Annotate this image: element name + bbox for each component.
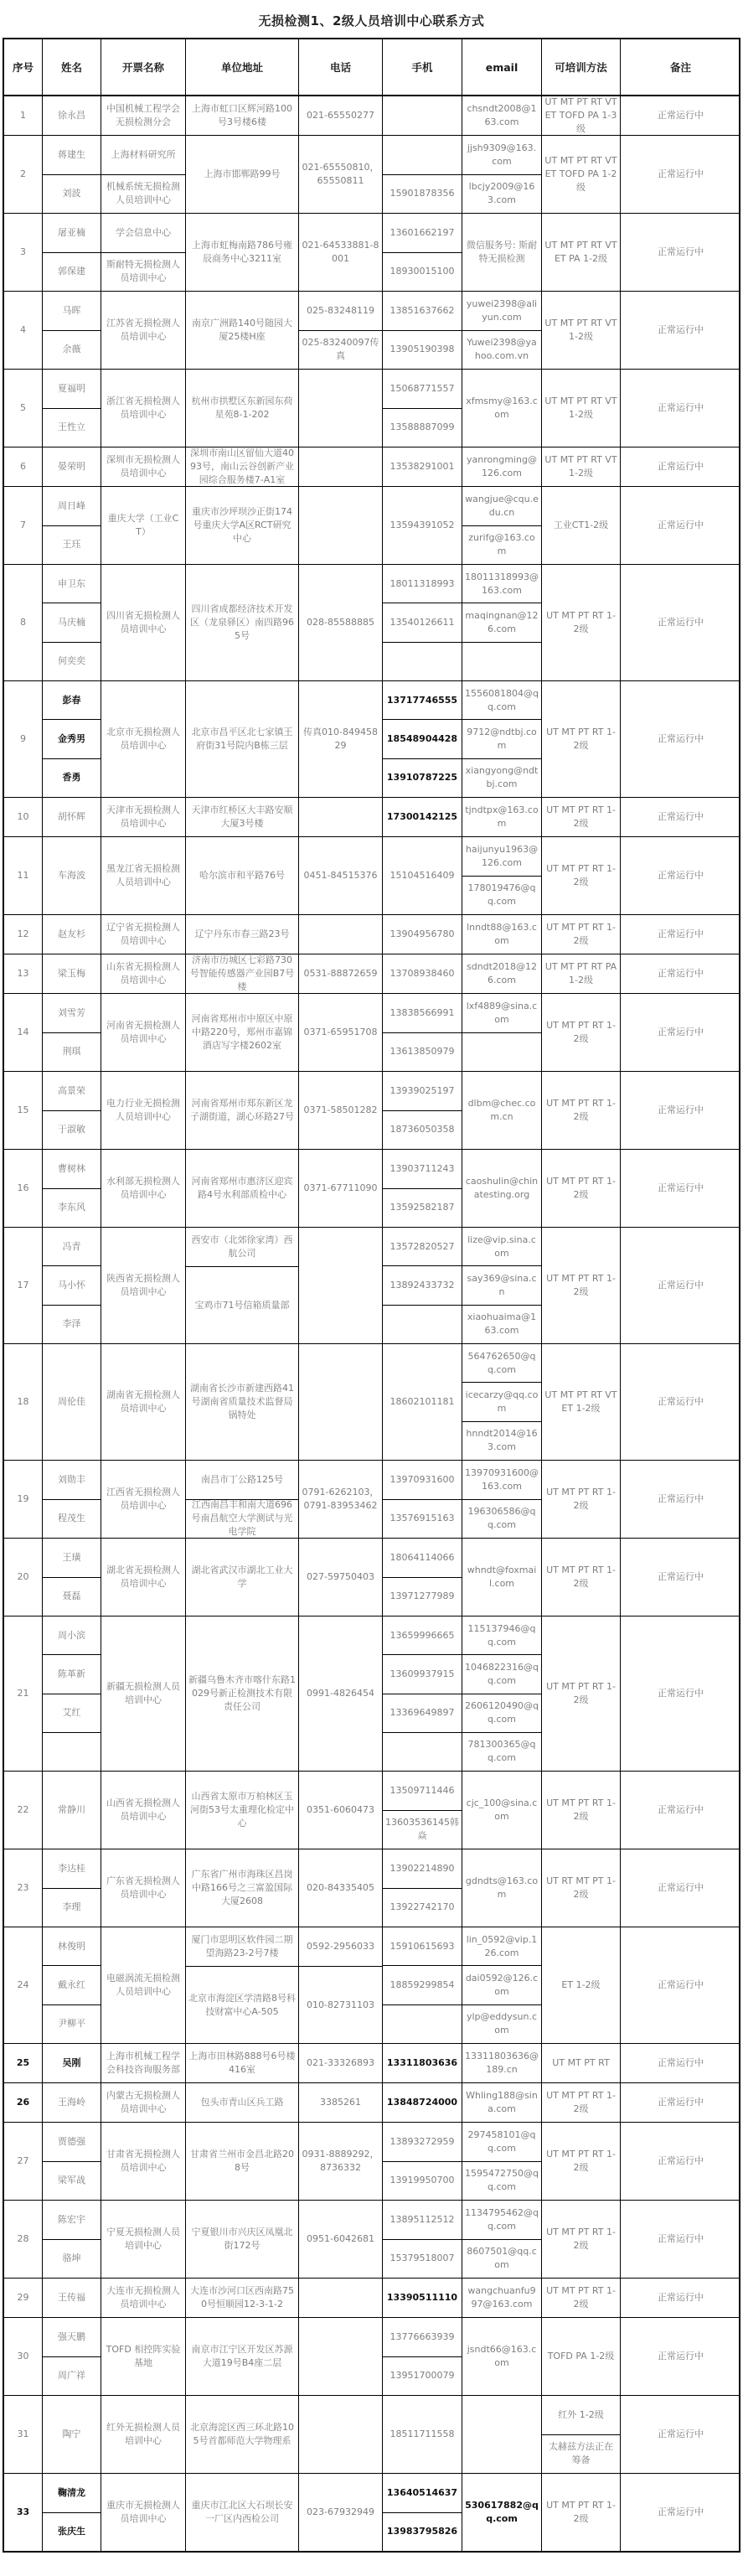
cell-stack-addr: 河南省郑州市中原区中原中路220号，郑州市嘉锦酒店写字楼2602室: [186, 994, 299, 1071]
cell-stack-name: 王璜聂磊: [43, 1539, 101, 1616]
cell-name: 程茂生: [43, 1500, 101, 1539]
cell-stack-name: 胡怀辉: [43, 798, 101, 836]
cell-stack-method: UT MT PT RT 1-2级: [542, 565, 621, 680]
cell-stack-org: 电磁涡流无损检测人员培训中心: [101, 1927, 186, 2043]
cell-name: 王珏: [43, 526, 101, 565]
cell-tel: [299, 370, 382, 447]
cell-tel: 0592-2956033: [299, 1927, 382, 1967]
cell-name: 李泽: [43, 1306, 101, 1343]
cell-stack-no: 3: [4, 214, 43, 291]
table-row: 2蒋建生刘波上海材料研究所机械系统无损检测人员培训中心上海市邯郸路99号021-…: [4, 136, 739, 214]
cell-stack-note: 正常运行中: [621, 214, 740, 291]
cell-name: 鞠清龙: [43, 2474, 101, 2513]
cell-email: 196306586@qq.com: [462, 1500, 541, 1539]
cell-stack-method: UT MT PT RT VT ET TOFD PA 1-2级: [542, 136, 621, 213]
cell-stack-note: 正常运行中: [621, 994, 740, 1071]
cell-email: yanrongming@126.com: [462, 447, 541, 486]
cell-note: 正常运行中: [621, 214, 740, 291]
table-row: 22常静川山西省无损检测人员培训中心山西省太原市万柏林区玉河街53号太重理化检定…: [4, 1772, 739, 1849]
cell-mobile: 18011318993: [383, 565, 462, 603]
cell-stack-mobile: 1350971144613603536145韩焱: [383, 1772, 462, 1849]
cell-mobile: 13613850979: [383, 1033, 462, 1072]
cell-note: 正常运行中: [621, 954, 740, 993]
cell-name: 屠亚楠: [43, 214, 101, 253]
cell-stack-org: 天津市无损检测人员培训中心: [101, 798, 186, 836]
cell-tel: 028-85588885: [299, 565, 382, 680]
cell-addr: 上海市田林路888号6号楼416室: [186, 2044, 298, 2082]
cell-method: UT MT PT RT 1-2级: [542, 1539, 620, 1616]
cell-stack-no: 31: [4, 2396, 43, 2473]
cell-name: 高景荣: [43, 1072, 101, 1111]
cell-mobile: 13848724000: [383, 2083, 462, 2122]
cell-addr: 南京广洲路140号随园大厦25楼H座: [186, 292, 298, 369]
cell-stack-name: 陈宏宇骆坤: [43, 2201, 101, 2278]
cell-stack-name: 王海岭: [43, 2083, 101, 2122]
cell-mobile: [383, 2005, 462, 2043]
cell-stack-no: 29: [4, 2279, 43, 2317]
cell-email: 1134795462@qq.com: [462, 2201, 541, 2240]
cell-email: lin_0592@vip.126.com: [462, 1927, 541, 1966]
cell-stack-email: [462, 2396, 542, 2473]
cell-stack-email: haijunyu1963@126.com178019476@qq.com: [462, 837, 542, 914]
cell-stack-email: 13311803636@189.cn: [462, 2044, 542, 2082]
cell-stack-addr: 宁夏银川市兴庆区凤凰北街172号: [186, 2201, 299, 2278]
cell-tel: 0451-84515376: [299, 837, 382, 914]
cell-stack-email: 13970931600@163.com196306586@qq.com: [462, 1461, 542, 1538]
cell-stack-org: 山东省无损检测人员培训中心: [101, 954, 186, 993]
cell-stack-mobile: 1390371124313592582187: [383, 1150, 462, 1227]
cell-org: 天津市无损检测人员培训中心: [101, 798, 185, 836]
cell-stack-name: 夏福明王性立: [43, 370, 101, 447]
cell-name: 何奕奕: [43, 643, 101, 680]
cell-stack-addr: 上海市虹口区辉河路100号3号楼6楼: [186, 96, 299, 135]
cell-stack-method: UT MT PT RT PA 1-2级: [542, 954, 621, 993]
cell-addr: 包头市青山区兵工路: [186, 2083, 298, 2122]
cell-stack-tel: 025-83248119025-83240097传真: [299, 292, 383, 369]
cell-stack-addr: 河南省郑州市惠济区迎宾路4号水利部质检中心: [186, 1150, 299, 1227]
cell-stack-email: lnndt88@163.com: [462, 915, 542, 954]
cell-note: 正常运行中: [621, 487, 740, 564]
cell-mobile: 13893272959: [383, 2123, 462, 2162]
cell-stack-no: 7: [4, 487, 43, 564]
cell-addr: 北京海淀区西三环北路105号首都师范大学物理系: [186, 2396, 298, 2473]
cell-stack-org: 河南省无损检测人员培训中心: [101, 994, 186, 1071]
cell-stack-addr: 重庆市江北区大石坝长安一厂区内西检公司: [186, 2474, 299, 2551]
cell-org: 深圳市无损检测人员培训中心: [101, 447, 185, 486]
column-header-method: 可培训方法: [542, 39, 621, 95]
cell-stack-note: 正常运行中: [621, 2279, 740, 2317]
cell-stack-email: tjndtpx@163.com: [462, 798, 542, 836]
cell-mobile: 13776663939: [383, 2318, 462, 2357]
cell-stack-method: UT MT PT RT VT 1-2级: [542, 447, 621, 486]
cell-method: UT MT PT RT 1-2级: [542, 1461, 620, 1538]
cell-method: UT MT PT RT 1-2级: [542, 2474, 620, 2551]
cell-stack-no: 10: [4, 798, 43, 836]
cell-org: 重庆市无损检测人员培训中心: [101, 2474, 185, 2551]
cell-email: jsndt66@163.com: [462, 2318, 541, 2395]
cell-addr: 哈尔滨市和平路76号: [186, 837, 298, 914]
cell-mobile: 18859299854: [383, 1966, 462, 2004]
cell-org: 宁夏无损检测人员培训中心: [101, 2201, 185, 2278]
cell-stack-tel: 0371-58501282: [299, 1072, 383, 1149]
cell-stack-email: cjc_100@sina.com: [462, 1772, 542, 1849]
cell-name: 周小滨: [43, 1616, 101, 1655]
cell-stack-addr: 四川省成都经济技术开发区（龙泉驿区）南四路965号: [186, 565, 299, 680]
cell-stack-tel: [299, 2318, 383, 2395]
cell-name: 王海岭: [43, 2083, 101, 2122]
cell-stack-no: 8: [4, 565, 43, 680]
cell-email: 9712@ndtbj.com: [462, 720, 541, 758]
cell-name: 常静川: [43, 1772, 101, 1849]
cell-stack-email: wangjue@cqu.edu.cnzurifg@163.com: [462, 487, 542, 564]
cell-stack-tel: 021-65550277: [299, 96, 383, 135]
cell-mobile: 15104516409: [383, 837, 462, 914]
cell-method: UT MT PT RT 1-2级: [542, 798, 620, 836]
cell-stack-method: UT MT PT RT 1-2级: [542, 2083, 621, 2122]
cell-name: 刘波: [43, 175, 101, 214]
cell-tel: 025-83248119: [299, 292, 382, 331]
cell-method: UT MT PT RT 1-2级: [542, 2201, 620, 2278]
cell-stack-addr: 辽宁丹东市春三路23号: [186, 915, 299, 954]
cell-org: 学会信息中心: [101, 214, 185, 253]
cell-org: 红外无损检测人员培训中心: [101, 2396, 185, 2473]
cell-tel: 027-59750403: [299, 1539, 382, 1616]
cell-stack-email: gdndts@163.com: [462, 1849, 542, 1927]
cell-addr: 湖北省武汉市湖北工业大学: [186, 1539, 298, 1616]
cell-stack-addr: 南京广洲路140号随园大厦25楼H座: [186, 292, 299, 369]
cell-addr: 天津市红桥区大丰路安顺大厦3号楼: [186, 798, 298, 836]
cell-stack-addr: 北京海淀区西三环北路105号首都师范大学物理系: [186, 2396, 299, 2473]
column-header-mobile: 手机: [383, 39, 462, 95]
cell-org: 山东省无损检测人员培训中心: [101, 954, 185, 993]
cell-stack-note: 正常运行中: [621, 1344, 740, 1460]
cell-stack-tel: 3385261: [299, 2083, 383, 2122]
table-row: 21周小滨陈革新艾红新疆无损检测人员培训中心新疆乌鲁木齐市喀什东路1029号新正…: [4, 1616, 739, 1772]
cell-no: 5: [4, 370, 42, 447]
cell-email: Whling188@sina.com: [462, 2083, 541, 2122]
cell-method: 太赫兹方法正在筹备: [542, 2435, 620, 2474]
cell-stack-no: 6: [4, 447, 43, 486]
cell-stack-no: 13: [4, 954, 43, 993]
cell-stack-no: 25: [4, 2044, 43, 2082]
cell-mobile: 13609937915: [383, 1655, 462, 1694]
cell-stack-org: 北京市无损检测人员培训中心: [101, 681, 186, 797]
cell-email: whndt@foxmail.com: [462, 1539, 541, 1616]
cell-name: 周伦佳: [43, 1344, 101, 1460]
cell-org: TOFD 相控阵实验基地: [101, 2318, 185, 2395]
cell-no: 25: [4, 2044, 42, 2082]
cell-mobile: 13576915163: [383, 1500, 462, 1539]
cell-stack-note: 正常运行中: [621, 487, 740, 564]
cell-stack-org: 新疆无损检测人员培训中心: [101, 1616, 186, 1771]
cell-stack-mobile: 17300142125: [383, 798, 462, 836]
cell-stack-addr: 北京市昌平区北七家镇王府街31号院内B栋三层: [186, 681, 299, 797]
cell-stack-mobile: 1364051463713983795826: [383, 2474, 462, 2551]
cell-tel: 传真010-84945829: [299, 681, 382, 797]
cell-addr: 上海市虹口区辉河路100号3号楼6楼: [186, 96, 298, 135]
cell-stack-email: sdndt2018@126.com: [462, 954, 542, 993]
cell-name: 马晖: [43, 292, 101, 331]
cell-addr: 大连市沙河口区西南路750号恒顺园12-3-1-2: [186, 2279, 298, 2317]
cell-mobile: 13592582187: [383, 1189, 462, 1228]
page-title: 无损检测1、2级人员培训中心联系方式: [0, 0, 743, 38]
cell-addr: 重庆市沙坪坝沙正街174号重庆大学A区RCT研究中心: [186, 487, 298, 564]
table-row: 31陶宁红外无损检测人员培训中心北京海淀区西三环北路105号首都师范大学物理系1…: [4, 2396, 739, 2474]
cell-stack-tel: [299, 798, 383, 836]
cell-tel: [299, 2318, 382, 2395]
cell-org: 机械系统无损检测人员培训中心: [101, 175, 185, 214]
cell-stack-name: 曹树林李东风: [43, 1150, 101, 1227]
cell-note: 正常运行中: [621, 1461, 740, 1538]
table-row: 27贾德强梁军战甘肃省无损检测人员培训中心甘肃省兰州市金昌北路208号0931-…: [4, 2123, 739, 2201]
cell-mobile: 13659996665: [383, 1616, 462, 1655]
cell-stack-tel: 0931-8889292，8736332: [299, 2123, 383, 2200]
cell-org: 中国机械工程学会无损检测分会: [101, 96, 185, 135]
cell-mobile: 13369649897: [383, 1694, 462, 1733]
cell-name: 贾德强: [43, 2123, 101, 2162]
cell-stack-method: ET 1-2级: [542, 1927, 621, 2043]
cell-mobile: 13572820527: [383, 1228, 462, 1266]
cell-stack-mobile: 1393902519718736050358: [383, 1072, 462, 1149]
cell-stack-no: 18: [4, 1344, 43, 1460]
cell-mobile: 13603536145韩焱: [383, 1811, 462, 1849]
cell-org: 河南省无损检测人员培训中心: [101, 994, 185, 1071]
cell-name: 蒋建生: [43, 136, 101, 175]
cell-stack-email: 1556081804@qq.com9712@ndtbj.comxiangyong…: [462, 681, 542, 797]
cell-stack-name: 蒋建生刘波: [43, 136, 101, 213]
cell-note: 正常运行中: [621, 2201, 740, 2278]
cell-tel: [299, 915, 382, 954]
cell-no: 8: [4, 565, 42, 680]
cell-mobile: 17300142125: [383, 798, 462, 836]
cell-name: 马小怀: [43, 1266, 101, 1305]
cell-stack-method: UT MT PT RT 1-2级: [542, 1616, 621, 1771]
cell-name: 荆琪: [43, 1033, 101, 1072]
cell-email: 115137946@qq.com: [462, 1616, 541, 1655]
cell-stack-addr: 湖南省长沙市新建西路41号湖南省质量技术监督局锅特处: [186, 1344, 299, 1460]
cell-stack-addr: 河南省郑州市郑东新区龙子湖街道，湖心环路27号: [186, 1072, 299, 1149]
table-row: 12赵友杉辽宁省无损检测人员培训中心辽宁丹东市春三路23号13904956780…: [4, 915, 739, 954]
cell-stack-org: 四川省无损检测人员培训中心: [101, 565, 186, 680]
cell-stack-tel: 023-67932949: [299, 2474, 383, 2551]
cell-stack-tel: [299, 915, 383, 954]
cell-stack-method: UT RT MT PT 1-2级: [542, 1849, 621, 1927]
cell-stack-addr: 上海市邯郸路99号: [186, 136, 299, 213]
cell-org: 广东省无损检测人员培训中心: [101, 1849, 185, 1927]
cell-stack-mobile: 1591061569318859299854: [383, 1927, 462, 2043]
cell-stack-no: 1: [4, 96, 43, 135]
cell-stack-tel: 0791-6262103，0791-83953462: [299, 1461, 383, 1538]
cell-email: 18011318993@163.com: [462, 565, 541, 603]
cell-method: UT MT PT RT 1-2级: [542, 681, 620, 797]
cell-tel: 010-82731103: [299, 1967, 382, 2043]
cell-no: 3: [4, 214, 42, 291]
cell-no: 26: [4, 2083, 42, 2122]
table-row: 8申卫东马庆楠何奕奕四川省无损检测人员培训中心四川省成都经济技术开发区（龙泉驿区…: [4, 565, 739, 681]
table-header-row: 序号姓名开票名称单位地址电话手机email可培训方法备注: [4, 39, 739, 96]
cell-stack-org: 水利部无损检测人员培训中心: [101, 1150, 186, 1227]
cell-no: 2: [4, 136, 42, 213]
cell-stack-email: jjsh9309@163.comlbcjy2009@163.com: [462, 136, 542, 213]
cell-stack-tel: 020-84335405: [299, 1849, 383, 1927]
cell-stack-mobile: 1506877155713588887099: [383, 370, 462, 447]
cell-name: 于淑敏: [43, 1111, 101, 1150]
cell-addr: 广东省广州市海珠区昌岗中路166号之三富盈国际大厦2608: [186, 1849, 298, 1927]
cell-stack-addr: 重庆市沙坪坝沙正街174号重庆大学A区RCT研究中心: [186, 487, 299, 564]
cell-stack-no: 16: [4, 1150, 43, 1227]
contacts-table: 序号姓名开票名称单位地址电话手机email可培训方法备注 1徐永昌中国机械工程学…: [3, 38, 740, 2553]
cell-stack-note: 正常运行中: [621, 292, 740, 369]
cell-email: 297458101@qq.com: [462, 2123, 541, 2162]
cell-stack-addr: 南京市江宁区开发区苏源大道19号B4座二层: [186, 2318, 299, 2395]
cell-stack-note: 正常运行中: [621, 1539, 740, 1616]
cell-stack-email: Whling188@sina.com: [462, 2083, 542, 2122]
cell-name: 王璜: [43, 1539, 101, 1578]
cell-no: 11: [4, 837, 42, 914]
cell-stack-mobile: 13848724000: [383, 2083, 462, 2122]
cell-stack-note: 正常运行中: [621, 2123, 740, 2200]
cell-mobile: 15068771557: [383, 370, 462, 409]
cell-no: 22: [4, 1772, 42, 1849]
cell-tel: 0951-6042681: [299, 2201, 382, 2278]
cell-stack-name: 李达桂李理: [43, 1849, 101, 1927]
cell-org: 上海材料研究所: [101, 136, 185, 175]
cell-email: 564762650@qq.com: [462, 1344, 541, 1383]
cell-no: 31: [4, 2396, 42, 2473]
cell-stack-name: 刘雪芳荆琪: [43, 994, 101, 1071]
cell-tel: [299, 1344, 382, 1460]
cell-stack-note: 正常运行中: [621, 2474, 740, 2551]
cell-stack-note: 正常运行中: [621, 370, 740, 447]
cell-stack-mobile: 136599966651360993791513369649897: [383, 1616, 462, 1771]
cell-org: 斯耐特无损检测人员培训中心: [101, 253, 185, 292]
table-row: 14刘雪芳荆琪河南省无损检测人员培训中心河南省郑州市中原区中原中路220号，郑州…: [4, 994, 739, 1072]
cell-stack-name: 周伦佳: [43, 1344, 101, 1460]
cell-stack-method: UT MT PT RT 1-2级: [542, 1150, 621, 1227]
cell-stack-org: 电力行业无损检测人员培训中心: [101, 1072, 186, 1149]
cell-no: 30: [4, 2318, 42, 2395]
cell-no: 6: [4, 447, 42, 486]
cell-addr: 河南省郑州市中原区中原中路220号，郑州市嘉锦酒店写字楼2602室: [186, 994, 298, 1071]
cell-stack-name: 车海波: [43, 837, 101, 914]
cell-name: 彭春: [43, 681, 101, 720]
cell-stack-tel: 传真010-84945829: [299, 681, 383, 797]
cell-stack-method: UT MT PT RT VT 1-2级: [542, 370, 621, 447]
cell-email: 13311803636@189.cn: [462, 2044, 541, 2082]
cell-stack-email: 115137946@qq.com1046822316@qq.com2606120…: [462, 1616, 542, 1771]
cell-stack-tel: 0451-84515376: [299, 837, 383, 914]
cell-tel: [299, 798, 382, 836]
cell-stack-name: 周日峰王珏: [43, 487, 101, 564]
cell-stack-method: UT MT PT RT VT ET 1-2级: [542, 1344, 621, 1460]
cell-addr: 新疆乌鲁木齐市喀什东路1029号新正检测技术有限责任公司: [186, 1616, 298, 1771]
cell-method: UT MT PT RT 1-2级: [542, 915, 620, 954]
cell-no: 21: [4, 1616, 42, 1771]
cell-mobile: 13904956780: [383, 915, 462, 954]
column-header-email: email: [462, 39, 542, 95]
cell-email: say369@sina.cn: [462, 1266, 541, 1305]
cell-stack-name: 王传福: [43, 2279, 101, 2317]
cell-stack-addr: 上海市田林路888号6号楼416室: [186, 2044, 299, 2082]
cell-email: 微信服务号: 斯耐特无损检测: [462, 214, 541, 291]
cell-name: 金秀男: [43, 720, 101, 758]
cell-no: 33: [4, 2474, 42, 2551]
cell-stack-tel: [299, 2279, 383, 2317]
cell-no: 27: [4, 2123, 42, 2200]
cell-addr: 江西南昌丰和南大道696号南昌航空大学测试与光电学院: [186, 1500, 298, 1539]
cell-stack-addr: 深圳市南山区留仙大道4093号，南山云谷创新产业园综合服务楼7-A1室: [186, 447, 299, 486]
cell-no: 12: [4, 915, 42, 954]
cell-email: Yuwei2398@yahoo.com.vn: [462, 331, 541, 370]
cell-stack-org: 陕西省无损检测人员培训中心: [101, 1228, 186, 1343]
cell-stack-no: 14: [4, 994, 43, 1071]
cell-stack-email: caoshulin@chinatesting.org: [462, 1150, 542, 1227]
cell-stack-note: 正常运行中: [621, 1616, 740, 1771]
cell-stack-name: 陶宁: [43, 2396, 101, 2473]
cell-name: 冯青: [43, 1228, 101, 1266]
cell-stack-email: wangchuanfu997@163.com: [462, 2279, 542, 2317]
cell-stack-method: UT MT PT RT 1-2级: [542, 1461, 621, 1538]
cell-no: 9: [4, 681, 42, 797]
cell-stack-note: 正常运行中: [621, 1150, 740, 1227]
cell-stack-org: 学会信息中心斯耐特无损检测人员培训中心: [101, 214, 186, 291]
cell-addr: 甘肃省兰州市金昌北路208号: [186, 2123, 298, 2200]
cell-mobile: 13538291001: [383, 447, 462, 486]
cell-stack-mobile: 1806411406613971277989: [383, 1539, 462, 1616]
cell-mobile: 13540126611: [383, 603, 462, 642]
cell-tel: 021-65550277: [299, 96, 382, 135]
cell-stack-no: 26: [4, 2083, 43, 2122]
cell-mobile: 13838566991: [383, 994, 462, 1033]
cell-method: UT MT PT RT VT 1-2级: [542, 447, 620, 486]
cell-mobile: [383, 1733, 462, 1771]
cell-note: 正常运行中: [621, 1772, 740, 1849]
cell-no: 1: [4, 96, 42, 135]
cell-stack-method: UT MT PT RT 1-2级: [542, 2279, 621, 2317]
cell-stack-email: yanrongming@126.com: [462, 447, 542, 486]
cell-addr: 重庆市江北区大石坝长安一厂区内西检公司: [186, 2474, 298, 2551]
cell-stack-name: 贾德强梁军战: [43, 2123, 101, 2200]
cell-name: 王传福: [43, 2279, 101, 2317]
cell-stack-method: UT MT PT RT 1-2级: [542, 1539, 621, 1616]
cell-name: 艾红: [43, 1694, 101, 1733]
cell-email: lnndt88@163.com: [462, 915, 541, 954]
cell-no: 13: [4, 954, 42, 993]
cell-stack-method: UT MT PT RT 1-2级: [542, 994, 621, 1071]
cell-stack-name: 徐永昌: [43, 96, 101, 135]
cell-stack-addr: 湖北省武汉市湖北工业大学: [186, 1539, 299, 1616]
cell-stack-addr: 杭州市拱墅区东新园东荷星苑8-1-202: [186, 370, 299, 447]
table-row: 19刘勋丰程茂生江西省无损检测人员培训中心南昌市丁公路125号江西南昌丰和南大道…: [4, 1461, 739, 1539]
cell-method: UT MT PT RT 1-2级: [542, 1228, 620, 1343]
cell-mobile: 13939025197: [383, 1072, 462, 1111]
cell-mobile: 13905190398: [383, 331, 462, 370]
cell-note: 正常运行中: [621, 565, 740, 680]
cell-mobile: 18511711558: [383, 2396, 462, 2473]
cell-stack-note: 正常运行中: [621, 447, 740, 486]
cell-mobile: 13910787225: [383, 759, 462, 797]
cell-tel: 025-83240097传真: [299, 331, 382, 370]
cell-stack-mobile: 13904956780: [383, 915, 462, 954]
cell-note: 正常运行中: [621, 2396, 740, 2473]
cell-stack-org: 甘肃省无损检测人员培训中心: [101, 2123, 186, 2200]
cell-stack-note: 正常运行中: [621, 2201, 740, 2278]
cell-stack-tel: [299, 1228, 383, 1343]
cell-email: 1595472750@qq.com: [462, 2162, 541, 2201]
cell-stack-note: 正常运行中: [621, 1849, 740, 1927]
cell-stack-method: TOFD PA 1-2级: [542, 2318, 621, 2395]
cell-stack-org: 重庆大学（工业CT）: [101, 487, 186, 564]
